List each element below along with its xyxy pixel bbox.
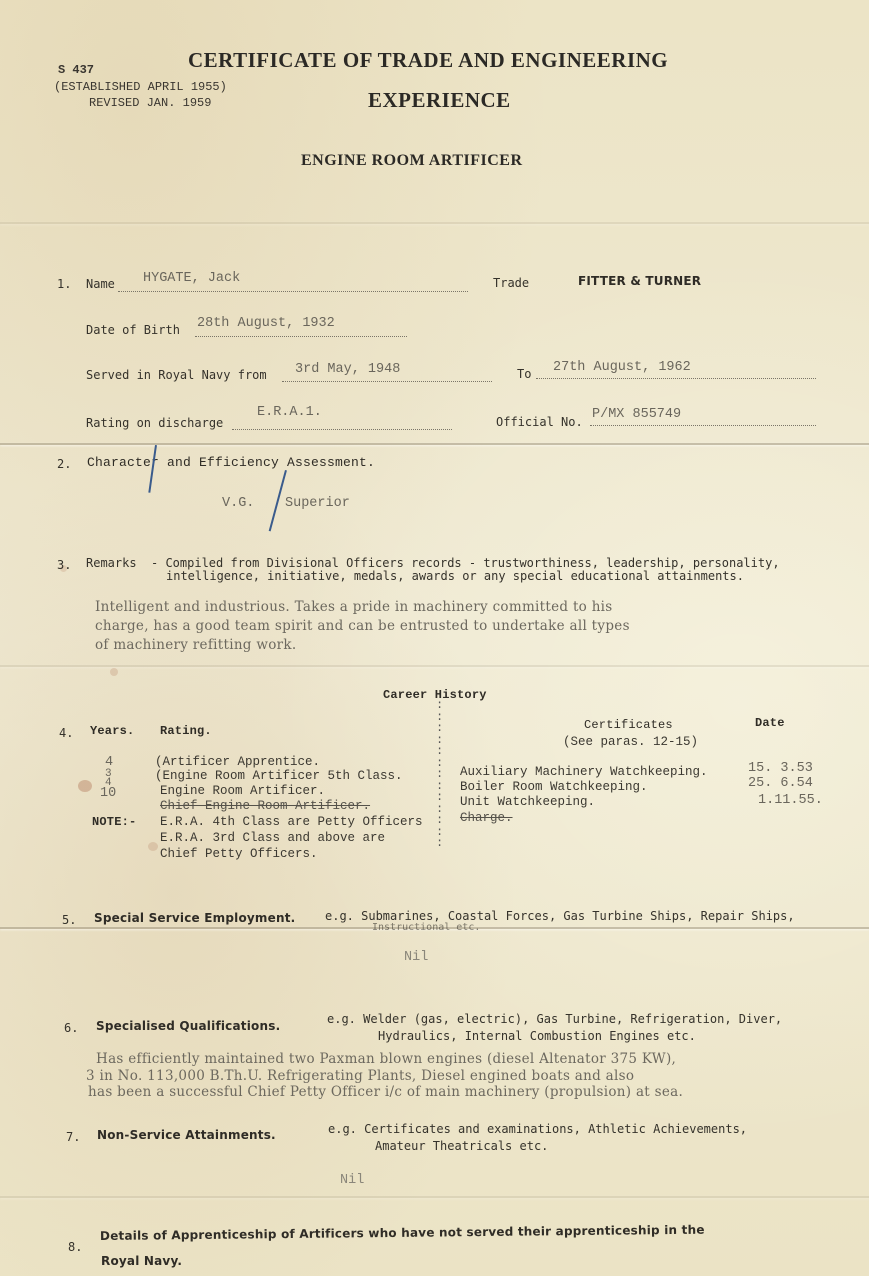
rating-row: Engine Room Artificer. [160, 784, 325, 798]
certificate-date: 1.11.55. [758, 793, 823, 808]
remarks-label: Remarks [86, 556, 137, 570]
name-value: HYGATE, Jack [143, 271, 240, 286]
official-number-label: Official No. [496, 415, 583, 429]
rating-row: (Engine Room Artificer 5th Class. [155, 769, 403, 783]
official-number-field-line [590, 425, 816, 426]
remarks-line: Intelligent and industrious. Takes a pri… [95, 599, 613, 615]
stain [78, 780, 92, 792]
years-value: 10 [100, 786, 116, 801]
note-line: Chief Petty Officers. [160, 847, 318, 861]
remarks-line: of machinery refitting work. [95, 637, 296, 653]
served-to-label: To [517, 367, 531, 381]
section-number: 2. [57, 457, 71, 471]
qualification-line: has been a successful Chief Petty Office… [88, 1084, 683, 1100]
specialised-qualifications-label: Specialised Qualifications. [96, 1019, 280, 1033]
section-number: 6. [64, 1021, 78, 1035]
served-from-field-line [282, 381, 492, 382]
certificate-date: 15. 3.53 [748, 761, 813, 776]
remarks-description: - Compiled from Divisional Officers reco… [151, 556, 780, 570]
section-number: 3. [57, 558, 71, 572]
apprenticeship-label: Details of Apprenticeship of Artificers … [100, 1223, 705, 1243]
character-assessment-label: Character and Efficiency Assessment. [87, 455, 375, 470]
served-from-value: 3rd May, 1948 [295, 362, 400, 377]
special-service-examples-2: Instructional etc. [372, 922, 480, 933]
remarks-description-2: intelligence, initiative, medals, awards… [166, 569, 744, 583]
section-number: 1. [57, 277, 71, 291]
rating-row: (Artificer Apprentice. [155, 755, 320, 769]
section-number: 4. [59, 726, 73, 740]
paper-fold [0, 1196, 869, 1198]
specialised-qualifications-examples: e.g. Welder (gas, electric), Gas Turbine… [327, 1012, 782, 1026]
dob-field-line [195, 336, 407, 337]
name-label: Name [86, 277, 115, 291]
years-header: Years. [90, 724, 134, 738]
date-header: Date [755, 716, 785, 730]
column-divider: ::::::::::::: [436, 700, 443, 850]
page-subtitle: ENGINE ROOM ARTIFICER [301, 152, 523, 170]
certificate-name: Auxiliary Machinery Watchkeeping. [460, 765, 708, 779]
qualification-line: 3 in No. 113,000 B.Th.U. Refrigerating P… [86, 1068, 634, 1084]
trade-label: Trade [493, 276, 529, 290]
non-service-attainments-examples: e.g. Certificates and examinations, Athl… [328, 1122, 747, 1136]
certificate-name: Boiler Room Watchkeeping. [460, 780, 648, 794]
special-service-value: Nil [404, 950, 428, 965]
apprenticeship-label-2: Royal Navy. [101, 1254, 182, 1268]
rating-discharge-field-line [232, 429, 452, 430]
remarks-line: charge, has a good team spirit and can b… [95, 618, 630, 634]
section-number: 5. [62, 913, 76, 927]
paper-fold [0, 222, 869, 224]
section-number: 7. [66, 1130, 80, 1144]
specialised-qualifications-examples-2: Hydraulics, Internal Combustion Engines … [378, 1029, 696, 1043]
served-from-label: Served in Royal Navy from [86, 368, 267, 382]
non-service-attainments-examples-2: Amateur Theatricals etc. [375, 1139, 548, 1153]
certificate-date: 25. 6.54 [748, 776, 813, 791]
note-line: E.R.A. 4th Class are Petty Officers [160, 815, 423, 829]
form-number: S 437 [58, 62, 94, 78]
certificates-subheader: (See paras. 12-15) [563, 735, 698, 749]
certificates-header: Certificates [584, 718, 673, 732]
dob-value: 28th August, 1932 [197, 316, 335, 331]
served-to-value: 27th August, 1962 [553, 360, 691, 375]
non-service-attainments-label: Non-Service Attainments. [97, 1128, 276, 1142]
efficiency-value: Superior [285, 496, 350, 511]
note-label: NOTE:- [92, 815, 136, 829]
trade-value: FITTER & TURNER [578, 274, 701, 288]
non-service-attainments-value: Nil [340, 1173, 364, 1188]
form-established: (ESTABLISHED APRIL 1955) [54, 79, 227, 95]
qualification-line: Has efficiently maintained two Paxman bl… [96, 1051, 676, 1067]
page-title-line2: EXPERIENCE [368, 88, 511, 113]
special-service-label: Special Service Employment. [94, 911, 295, 925]
official-number-value: P/MX 855749 [592, 407, 681, 422]
page-title: CERTIFICATE OF TRADE AND ENGINEERING [188, 48, 668, 73]
rating-discharge-label: Rating on discharge [86, 416, 223, 430]
rating-header: Rating. [160, 724, 212, 738]
name-field-line [118, 291, 468, 292]
rating-discharge-value: E.R.A.1. [257, 405, 322, 420]
rating-row-struck: Chief Engine Room Artificer. [160, 799, 370, 813]
dob-label: Date of Birth [86, 323, 180, 337]
stain [110, 668, 118, 676]
stain [148, 842, 158, 851]
character-value: V.G. [222, 496, 254, 511]
note-line: E.R.A. 3rd Class and above are [160, 831, 385, 845]
served-to-field-line [536, 378, 816, 379]
certificate-name-struck: Charge. [460, 811, 513, 825]
career-history-heading: Career History [383, 688, 487, 702]
paper-fold [0, 443, 869, 445]
certificate-name: Unit Watchkeeping. [460, 795, 595, 809]
form-revised: REVISED JAN. 1959 [89, 95, 211, 111]
paper-fold [0, 665, 869, 667]
section-number: 8. [68, 1240, 82, 1254]
special-service-examples: e.g. Submarines, Coastal Forces, Gas Tur… [325, 909, 795, 923]
